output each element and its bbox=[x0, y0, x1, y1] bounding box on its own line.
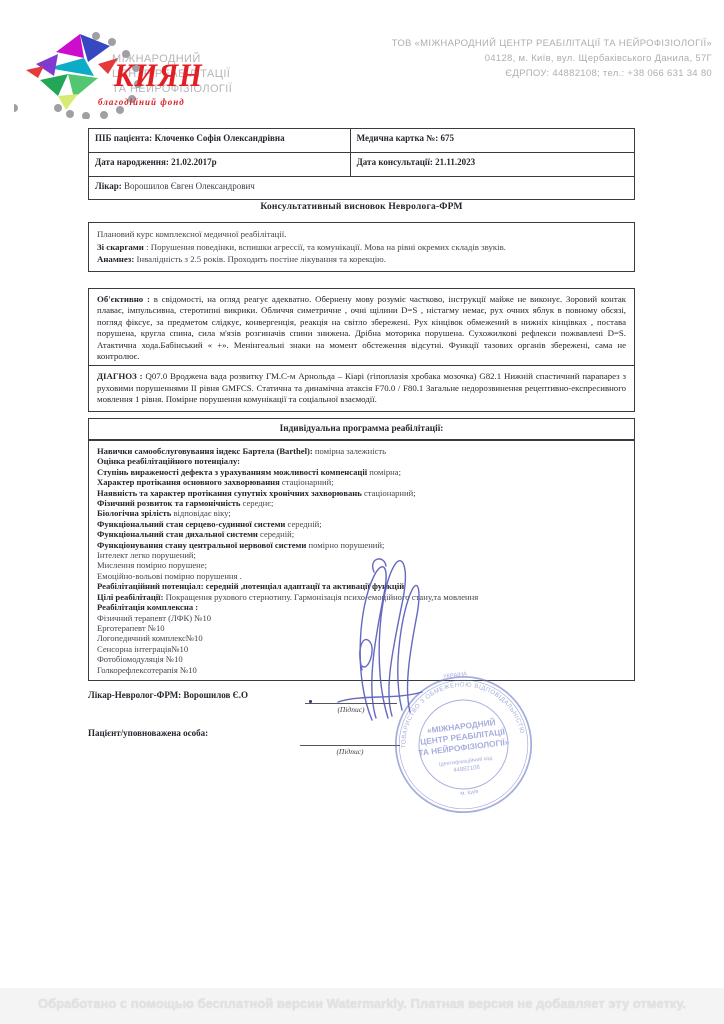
complaints-line: Плановий курс комплексної медичної реабі… bbox=[97, 228, 626, 241]
program-item: Характер протікання основного захворюван… bbox=[97, 477, 626, 487]
program-item: Функціональний стан серцево-судинної сис… bbox=[97, 519, 626, 529]
program-item-label: Реабілітація комплексна : bbox=[97, 602, 198, 612]
program-item: Функціонування стану центральної нервово… bbox=[97, 540, 626, 550]
scanned-medical-document: МІЖНАРОДНИЙ ЦЕНТР РЕАБІЛІТАЦІЇ ТА НЕЙРОФ… bbox=[0, 0, 724, 1024]
consult-date-label: Дата консультації: bbox=[357, 157, 433, 167]
program-item: Мислення помірно порушене; bbox=[97, 560, 626, 570]
line-label: Анамнез: bbox=[97, 254, 134, 264]
consult-date-cell: Дата консультації: 21.11.2023 bbox=[351, 153, 634, 176]
pen-dot bbox=[309, 700, 312, 703]
clinic-logo: МІЖНАРОДНИЙ ЦЕНТР РЕАБІЛІТАЦІЇ ТА НЕЙРОФ… bbox=[14, 24, 244, 119]
program-item-value: Покращення рухового стернотипу. Гармоніз… bbox=[163, 592, 478, 602]
company-name: ТОВ «МІЖНАРОДНИЙ ЦЕНТР РЕАБІЛІТАЦІЇ ТА Н… bbox=[392, 36, 712, 51]
diagnosis-box: ДІАГНОЗ : Q07.0 Вроджена вада розвитку Г… bbox=[88, 365, 635, 412]
program-item-value: стаціонарний; bbox=[362, 488, 416, 498]
program-item: Ступінь вираженості дефекта з урахування… bbox=[97, 467, 626, 477]
program-item-value: помірна; bbox=[367, 467, 401, 477]
signature-caption: (Підпис) bbox=[300, 746, 400, 756]
program-item-value: помірно порушений; bbox=[306, 540, 384, 550]
company-header: ТОВ «МІЖНАРОДНИЙ ЦЕНТР РЕАБІЛІТАЦІЇ ТА Н… bbox=[392, 36, 712, 81]
program-title: Індивідуальна программа реабілітації: bbox=[280, 424, 444, 434]
card-number-cell: Медична картка №: 675 bbox=[351, 129, 634, 152]
stamp-line2: ЦЕНТР РЕАБІЛІТАЦІЇ bbox=[420, 726, 506, 746]
complaints-line: Зі скаргами : Порушення поведінки, вспиш… bbox=[97, 241, 626, 254]
program-item: Інтелект легко порушений; bbox=[97, 550, 626, 560]
program-item: Фізичний розвиток та гармонічність серед… bbox=[97, 498, 626, 508]
program-item-label: Наявність та характер протікання супутні… bbox=[97, 488, 362, 498]
svg-text:м. Київ: м. Київ bbox=[460, 788, 480, 797]
line-text: : Порушення поведінки, вспишки агрессії,… bbox=[144, 242, 506, 252]
program-item-value: Фізичний терапевт (ЛФК) №10 bbox=[97, 613, 211, 623]
doctor-value: Ворошилов Євген Олександрович bbox=[122, 181, 255, 191]
patient-name-value: Клоченко Софія Олександрівна bbox=[152, 133, 284, 143]
stamp-code-label: Ідентифікаційний код bbox=[439, 754, 494, 768]
program-item-value: відповідає віку; bbox=[171, 508, 230, 518]
program-item: Логопедичний комплекс№10 bbox=[97, 633, 626, 643]
doctor-cell: Лікар: Ворошилов Євген Олександрович bbox=[89, 177, 634, 201]
program-item-value: помірна залежність bbox=[313, 446, 386, 456]
program-item: Фотобіомодуляція №10 bbox=[97, 654, 626, 664]
program-item: Навички самообслуговування індекс Бартел… bbox=[97, 446, 626, 456]
objective-text: в свідомості, на огляд реагує адекватно.… bbox=[97, 294, 626, 361]
program-item: Голкорефлексотерапія №10 bbox=[97, 665, 626, 675]
line-text: Плановий курс комплексної медичної реабі… bbox=[97, 229, 286, 239]
program-item-label: Ступінь вираженості дефекта з урахування… bbox=[97, 467, 367, 477]
document-title: Консультативный висновок Невролога-ФРМ bbox=[88, 202, 635, 212]
stamp-line1: «МІЖНАРОДНИЙ bbox=[426, 716, 496, 735]
program-item-label: Біологічна зрілість bbox=[97, 508, 171, 518]
program-item: Оцінка реабілітаційного потенціалу: bbox=[97, 456, 626, 466]
stamp-city: м. Київ bbox=[460, 788, 480, 797]
program-item: Наявність та характер протікання супутні… bbox=[97, 488, 626, 498]
program-item-label: Фізичний розвиток та гармонічність bbox=[97, 498, 240, 508]
svg-text:ТОВАРИСТВО З ОБМЕЖЕНОЮ ВІДПОВІ: ТОВАРИСТВО З ОБМЕЖЕНОЮ ВІДПОВІДАЛЬНІСТЮ bbox=[393, 674, 525, 749]
program-item: Ерготерапевт №10 bbox=[97, 623, 626, 633]
line-label: Зі скаргами bbox=[97, 242, 144, 252]
watermark-text: Обработано с помощью бесплатной версии W… bbox=[0, 996, 724, 1011]
card-number-value: 675 bbox=[438, 133, 454, 143]
program-item-value: середній; bbox=[258, 529, 294, 539]
program-item-value: Мислення помірно порушене; bbox=[97, 560, 207, 570]
program-item: Біологічна зрілість відповідає віку; bbox=[97, 508, 626, 518]
program-item-label: Цілі реабілітації: bbox=[97, 592, 163, 602]
program-item: Функціональний стан дихальної системи се… bbox=[97, 529, 626, 539]
program-item-value: Інтелект легко порушений; bbox=[97, 550, 196, 560]
logo-brand-text: КИЯН bbox=[114, 58, 203, 95]
program-item-label: Функціональний стан дихальної системи bbox=[97, 529, 258, 539]
program-item-value: Голкорефлексотерапія №10 bbox=[97, 665, 197, 675]
program-item-label: Функціональний стан серцево-судинної сис… bbox=[97, 519, 285, 529]
birth-date-cell: Дата народження: 21.02.2017р bbox=[89, 153, 351, 176]
birth-date-label: Дата народження: bbox=[95, 157, 169, 167]
patient-name-label: ПІБ пацієнта: bbox=[95, 133, 152, 143]
program-item-value: Логопедичний комплекс№10 bbox=[97, 633, 203, 643]
patient-info-table: ПІБ пацієнта: Клоченко Софія Олександрів… bbox=[88, 128, 635, 200]
program-item: Фізичний терапевт (ЛФК) №10 bbox=[97, 613, 626, 623]
program-item-value: Ерготерапевт №10 bbox=[97, 623, 165, 633]
complaints-box: Плановий курс комплексної медичної реабі… bbox=[88, 222, 635, 272]
complaints-line: Анамнез: Інвалідність з 2.5 років. Прохо… bbox=[97, 253, 626, 266]
table-row: Дата народження: 21.02.2017р Дата консул… bbox=[89, 153, 634, 177]
program-item-value: стаціонарний; bbox=[280, 477, 334, 487]
program-item-label: Функціонування стану центральної нервово… bbox=[97, 540, 306, 550]
objective-label: Об'єктивно : bbox=[97, 294, 150, 304]
doctor-signature-line: (Підпис) bbox=[305, 703, 397, 714]
patient-name-cell: ПІБ пацієнта: Клоченко Софія Олександрів… bbox=[89, 129, 351, 152]
program-item-value: Емоційно-вольові помірно порушення . bbox=[97, 571, 242, 581]
program-item-label: Реабілітаційний потенціал: середній ,пот… bbox=[97, 581, 404, 591]
signature-caption: (Підпис) bbox=[305, 704, 397, 714]
logo-sub-text: благодійний фонд bbox=[98, 97, 185, 107]
program-item-value: середнє; bbox=[240, 498, 273, 508]
program-list-box: Навички самообслуговування індекс Бартел… bbox=[88, 440, 635, 681]
program-item: Цілі реабілітації: Покращення рухового с… bbox=[97, 592, 626, 602]
company-contacts: ЄДРПОУ: 44882108; тел.: +38 066 631 34 8… bbox=[392, 66, 712, 81]
program-item: Емоційно-вольові помірно порушення . bbox=[97, 571, 626, 581]
doctor-signature-label: Лікар-Невролог-ФРМ: Ворошилов Є.О bbox=[88, 690, 248, 700]
program-item-label: Характер протікання основного захворюван… bbox=[97, 477, 280, 487]
program-item-value: Сенсорна інтеграція№10 bbox=[97, 644, 188, 654]
stamp-code: 44882108 bbox=[453, 765, 481, 774]
program-item-label: Оцінка реабілітаційного потенціалу: bbox=[97, 456, 240, 466]
diagnosis-label: ДІАГНОЗ : bbox=[97, 371, 143, 381]
program-item: Сенсорна інтеграція№10 bbox=[97, 644, 626, 654]
program-item: Реабілітація комплексна : bbox=[97, 602, 626, 612]
patient-signature-label: Пацієнт/уповноважена особа: bbox=[88, 728, 208, 738]
card-number-label: Медична картка №: bbox=[357, 133, 439, 143]
consult-date-value: 21.11.2023 bbox=[433, 157, 475, 167]
table-row: Лікар: Ворошилов Євген Олександрович bbox=[89, 177, 634, 201]
program-title-box: Індивідуальна программа реабілітації: bbox=[88, 418, 635, 440]
program-item-value: середній; bbox=[285, 519, 321, 529]
program-item-label: Навички самообслуговування індекс Бартел… bbox=[97, 446, 313, 456]
company-address: 04128, м. Київ, вул. Щербаківського Дани… bbox=[392, 51, 712, 66]
program-item-value: Фотобіомодуляція №10 bbox=[97, 654, 183, 664]
table-row: ПІБ пацієнта: Клоченко Софія Олександрів… bbox=[89, 129, 634, 153]
doctor-label: Лікар: bbox=[95, 181, 122, 191]
birth-date-value: 21.02.2017р bbox=[169, 157, 217, 167]
official-round-stamp: УКРАЇНА ТОВАРИСТВО З ОБМЕЖЕНОЮ ВІДПОВІДА… bbox=[383, 664, 545, 826]
line-text: Інвалідність з 2.5 років. Проходить пост… bbox=[134, 254, 386, 264]
patient-signature-line: (Підпис) bbox=[300, 745, 400, 756]
diagnosis-text: Q07.0 Вроджена вада розвитку ГМ.С-м Арно… bbox=[97, 371, 626, 404]
stamp-ring-text: ТОВАРИСТВО З ОБМЕЖЕНОЮ ВІДПОВІДАЛЬНІСТЮ bbox=[393, 674, 525, 749]
objective-box: Об'єктивно : в свідомості, на огляд реаг… bbox=[88, 288, 635, 368]
program-item: Реабілітаційний потенціал: середній ,пот… bbox=[97, 581, 626, 591]
stamp-line3: ТА НЕЙРОФІЗІОЛОГІЇ» bbox=[418, 736, 511, 758]
